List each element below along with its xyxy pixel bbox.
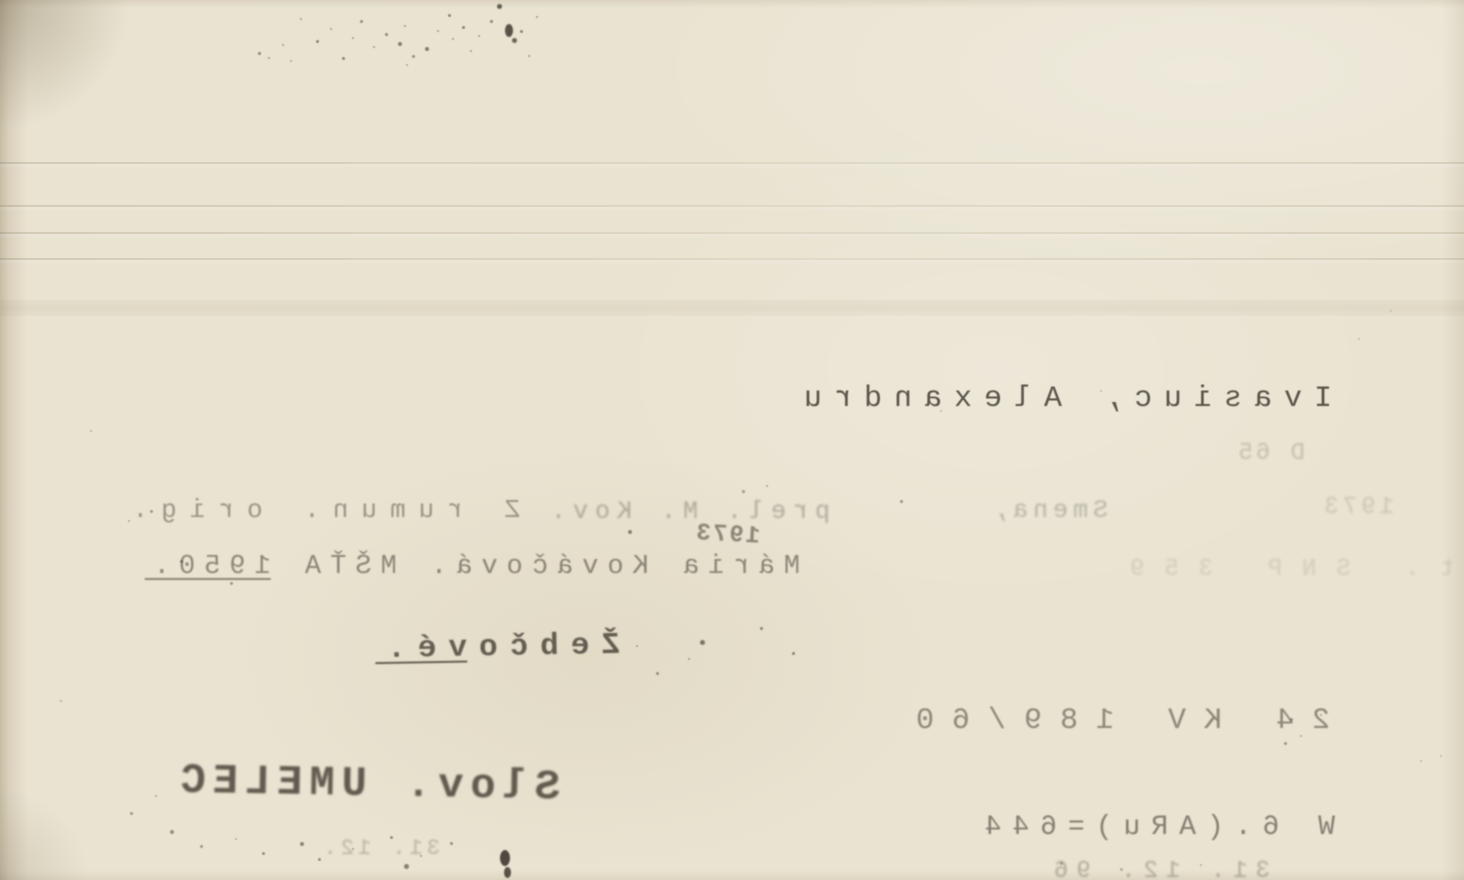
ink-speck	[180, 560, 183, 563]
ink-speck	[268, 57, 270, 59]
ink-speck	[478, 35, 480, 37]
ink-speck	[300, 18, 302, 20]
ink-speck	[1440, 755, 1442, 757]
ink-speck	[398, 42, 402, 46]
ink-speck	[1060, 862, 1063, 865]
ink-speck	[155, 795, 157, 797]
ink-speck	[128, 520, 130, 522]
ink-speck	[90, 430, 92, 432]
ink-speck	[504, 867, 511, 878]
ink-speck	[1390, 310, 1392, 312]
ink-speck	[1290, 718, 1293, 721]
ink-speck	[262, 852, 265, 855]
ink-speck	[404, 864, 409, 869]
ink-speck	[1420, 760, 1422, 762]
ink-speck	[150, 510, 153, 513]
ink-speck	[290, 60, 292, 62]
ink-speck	[536, 16, 538, 18]
ink-speck	[425, 47, 429, 51]
ink-speck	[352, 848, 354, 850]
ink-speck	[497, 4, 502, 9]
ink-speck	[450, 842, 453, 845]
ink-speck	[520, 30, 523, 33]
ink-speck	[130, 812, 133, 815]
ink-speck	[490, 20, 493, 23]
ink-speck	[352, 37, 354, 39]
ink-speck	[528, 55, 530, 57]
ink-speck	[437, 30, 439, 32]
ink-speck	[200, 845, 203, 848]
ink-speck	[300, 842, 304, 846]
ink-speck	[636, 645, 638, 647]
scanned-catalog-card: Ivasiuc, AlexandruD 651973Smena,prel. M.…	[0, 0, 1464, 880]
ink-speck	[470, 50, 472, 52]
ink-speck	[385, 33, 388, 36]
ink-speck	[688, 658, 690, 660]
ink-speck	[316, 40, 319, 43]
ink-speck	[420, 855, 422, 857]
ink-speck	[628, 530, 632, 534]
ink-speck	[330, 28, 332, 30]
ink-speck	[1320, 714, 1322, 716]
ink-speck	[940, 410, 942, 412]
ink-speck	[235, 838, 237, 840]
ink-speck	[342, 57, 345, 60]
ink-speck	[742, 490, 745, 493]
ink-speck	[700, 640, 705, 645]
ink-speck	[412, 55, 415, 58]
ink-speck	[360, 20, 363, 23]
ink-speck	[1120, 868, 1123, 871]
ink-speck	[390, 836, 393, 839]
ink-speck	[1358, 338, 1360, 340]
ink-speck	[462, 26, 465, 29]
ink-speck	[258, 52, 261, 55]
ink-speck	[792, 652, 795, 655]
ink-speck	[512, 38, 517, 43]
ink-speck	[230, 582, 233, 585]
ink-speck	[1100, 390, 1102, 392]
ink-speck	[1284, 742, 1287, 745]
ink-speck	[900, 500, 903, 503]
ink-speck	[505, 24, 513, 37]
ink-speck	[170, 830, 174, 834]
ink-speck	[373, 46, 375, 48]
ink-speck	[318, 858, 321, 861]
ink-speck	[656, 672, 659, 675]
ink-speck	[1300, 735, 1302, 737]
ink-speck	[404, 25, 406, 27]
ink-speck	[500, 850, 510, 866]
ink-speck	[282, 44, 284, 46]
ink-speck	[452, 38, 454, 40]
ink-speck	[448, 14, 451, 17]
ink-speck	[1200, 864, 1202, 866]
ink-speck	[766, 485, 768, 487]
ink-speck	[760, 627, 763, 630]
ink-speck	[406, 64, 408, 66]
ink-specks-layer	[0, 0, 1464, 880]
ink-speck	[60, 700, 62, 702]
